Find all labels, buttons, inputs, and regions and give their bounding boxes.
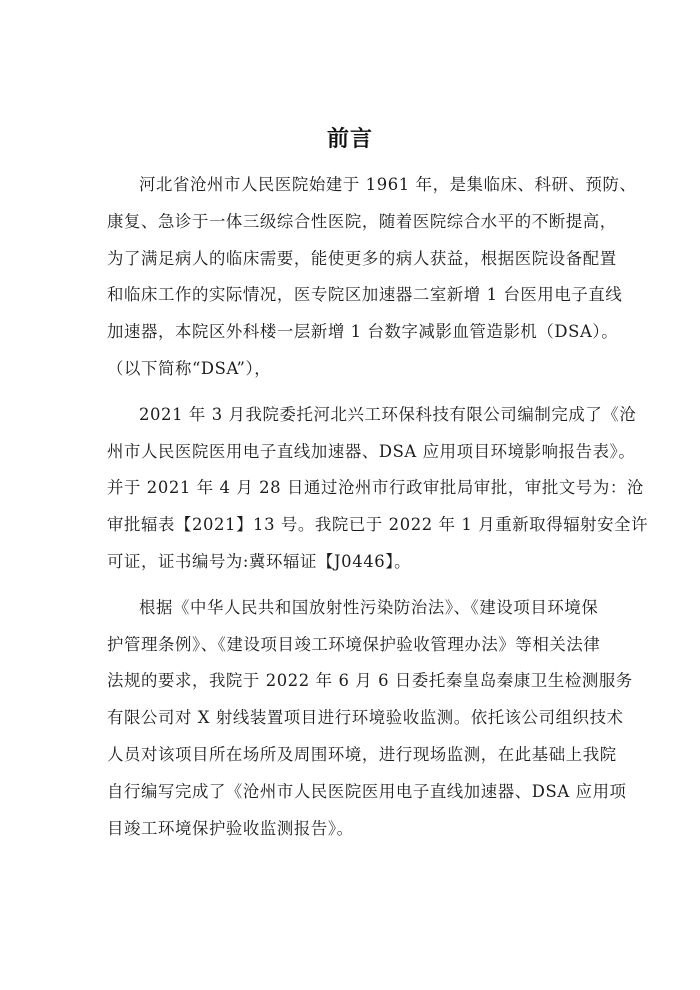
document-page: 前言 河北省沧州市人民医院始建于 1961 年，是集临床、科研、预防、 康复、急… bbox=[0, 0, 700, 990]
text-line: 为了满足病人的临床需要，能使更多的病人获益，根据医院设备配置 bbox=[107, 241, 597, 278]
text-line: 康复、急诊于一体三级综合性医院，随着医院综合水平的不断提高， bbox=[107, 204, 597, 241]
text-line: 根据《中华人民共和国放射性污染防治法》、《建设项目环境保 bbox=[107, 590, 597, 627]
text-line: 目竣工环境保护验收监测报告》。 bbox=[107, 811, 597, 848]
paragraph-eia-approval: 2021 年 3 月我院委托河北兴工环保科技有限公司编制完成了《沧 州市人民医院… bbox=[107, 397, 597, 581]
text-line: 有限公司对 X 射线装置项目进行环境验收监测。依托该公司组织技术 bbox=[107, 700, 597, 737]
text-line: 并于 2021 年 4 月 28 日通过沧州市行政审批局审批，审批文号为：沧 bbox=[107, 470, 597, 507]
text-line: 2021 年 3 月我院委托河北兴工环保科技有限公司编制完成了《沧 bbox=[107, 397, 597, 434]
text-line: 审批辐表【2021】13 号。我院已于 2022 年 1 月重新取得辐射安全许 bbox=[107, 507, 597, 544]
paragraph-hospital-intro: 河北省沧州市人民医院始建于 1961 年，是集临床、科研、预防、 康复、急诊于一… bbox=[107, 167, 597, 388]
text-line: 河北省沧州市人民医院始建于 1961 年，是集临床、科研、预防、 bbox=[107, 167, 597, 204]
text-line: 州市人民医院医用电子直线加速器、DSA 应用项目环境影响报告表》。 bbox=[107, 434, 597, 471]
text-line: 人员对该项目所在场所及周围环境，进行现场监测，在此基础上我院 bbox=[107, 737, 597, 774]
text-line: 和临床工作的实际情况，医专院区加速器二室新增 1 台医用电子直线 bbox=[107, 277, 597, 314]
text-line: 加速器，本院区外科楼一层新增 1 台数字减影血管造影机（DSA）。 bbox=[107, 314, 597, 351]
text-line: 自行编写完成了《沧州市人民医院医用电子直线加速器、DSA 应用项 bbox=[107, 774, 597, 811]
text-line: 法规的要求，我院于 2022 年 6 月 6 日委托秦皇岛秦康卫生检测服务 bbox=[107, 663, 597, 700]
text-line: 可证，证书编号为:冀环辐证【J0446】。 bbox=[107, 544, 597, 581]
page-title: 前言 bbox=[0, 124, 700, 154]
paragraph-acceptance-monitoring: 根据《中华人民共和国放射性污染防治法》、《建设项目环境保 护管理条例》、《建设项… bbox=[107, 590, 597, 848]
text-line: （以下简称“DSA”）， bbox=[107, 351, 597, 388]
text-line: 护管理条例》、《建设项目竣工环境保护验收管理办法》等相关法律 bbox=[107, 627, 597, 664]
document-body: 河北省沧州市人民医院始建于 1961 年，是集临床、科研、预防、 康复、急诊于一… bbox=[107, 167, 597, 856]
